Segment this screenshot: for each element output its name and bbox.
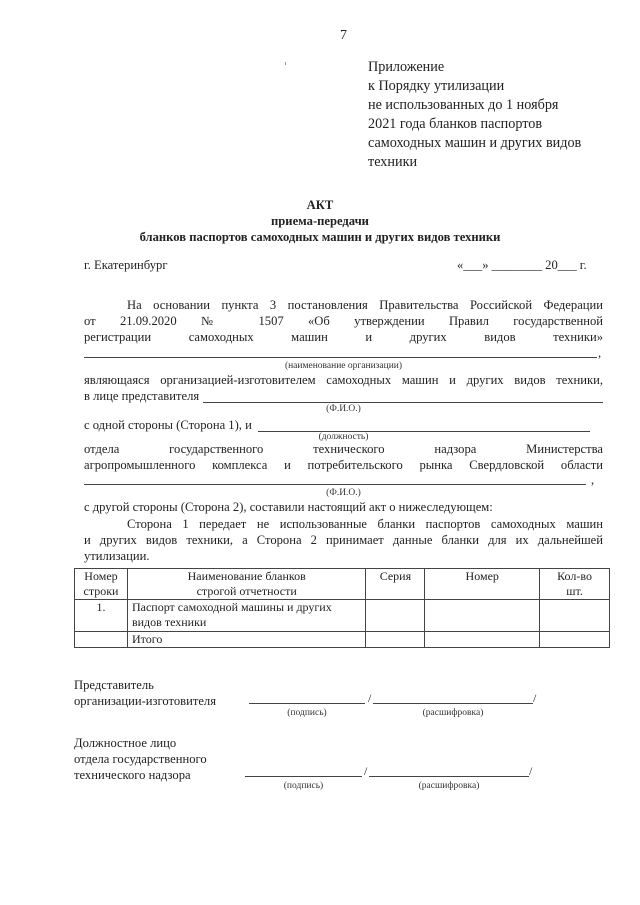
appendix-line: не использованных до 1 ноября [368, 96, 628, 115]
organization-name-field[interactable] [84, 357, 597, 358]
para2-line1: Сторона 1 передает не использованные бла… [127, 517, 603, 532]
cell-number[interactable] [425, 632, 540, 648]
signature-field-official[interactable] [245, 776, 362, 777]
hint-decode: (расшифровка) [369, 781, 529, 791]
hint-decode: (расшифровка) [373, 708, 533, 718]
separator: / [529, 764, 532, 779]
cell-text: видов техники [132, 615, 361, 630]
appendix-line: к Порядку утилизации [368, 77, 628, 96]
representative-label: в лице представителя [84, 389, 199, 404]
appendix-line: техники [368, 153, 628, 172]
cell-qty[interactable] [540, 632, 610, 648]
header-number: Номер [425, 569, 540, 600]
separator: / [533, 691, 536, 706]
header-text: Кол-во [544, 569, 605, 584]
header-text: шт. [544, 584, 605, 599]
header-text: строгой отчетности [132, 584, 361, 599]
header-series: Серия [366, 569, 425, 600]
label-line: Должностное лицо [74, 735, 207, 751]
comma: , [598, 346, 601, 361]
appendix-line: 2021 года бланков паспортов [368, 115, 628, 134]
cell-qty[interactable] [540, 600, 610, 632]
signature-label-manufacturer: Представитель организации-изготовителя [74, 677, 216, 709]
signature-label-official: Должностное лицо отдела государственного… [74, 735, 207, 783]
decode-field-manufacturer[interactable] [373, 703, 533, 704]
label-line: отдела государственного [74, 751, 207, 767]
appendix-line: самоходных машин и других видов [368, 134, 628, 153]
header-row-number: Номер строки [75, 569, 128, 600]
document-title: АКТ [0, 198, 640, 213]
manufacturer-line: являющаяся организацией-изготовителем са… [84, 373, 603, 388]
cell-number[interactable] [425, 600, 540, 632]
cell-row-number [75, 632, 128, 648]
cell-series[interactable] [366, 600, 425, 632]
cell-text: Итого [132, 632, 361, 647]
appendix-header: Приложение к Порядку утилизации не испол… [368, 58, 628, 172]
hint-signature: (подпись) [249, 708, 365, 718]
para1-line1: На основании пункта 3 постановления Прав… [127, 298, 603, 313]
cell-text: Паспорт самоходной машины и других [132, 600, 361, 615]
city: г. Екатеринбург [84, 258, 167, 273]
scan-artifact [285, 62, 286, 65]
table-total-row: Итого [75, 632, 610, 648]
header-qty: Кол-во шт. [540, 569, 610, 600]
cell-name: Паспорт самоходной машины и других видов… [127, 600, 365, 632]
side2-line: с другой стороны (Сторона 2), составили … [84, 500, 493, 515]
hint-fio-1: (Ф.И.О.) [84, 404, 603, 414]
side1-label: с одной стороны (Сторона 1), и [84, 418, 252, 433]
para2-line3: утилизации. [84, 549, 150, 564]
header-text: строки [79, 584, 123, 599]
label-line: технического надзора [74, 767, 207, 783]
comma-2: , [591, 473, 594, 488]
decode-field-official[interactable] [369, 776, 529, 777]
label-line: Представитель [74, 677, 216, 693]
cell-name: Итого [127, 632, 365, 648]
separator: / [364, 764, 367, 779]
blanks-table: Номер строки Наименование бланков строго… [74, 568, 610, 648]
para1-line2: от 21.09.2020 № 1507 «Об утверждении Пра… [84, 314, 603, 329]
document-subtitle-2: бланков паспортов самоходных машин и дру… [0, 230, 640, 245]
hint-signature: (подпись) [245, 781, 362, 791]
dept-line2: агропромышленного комплекса и потребител… [84, 458, 603, 473]
table-row: 1. Паспорт самоходной машины и других ви… [75, 600, 610, 632]
cell-row-number: 1. [75, 600, 128, 632]
official-fio-field[interactable] [84, 484, 586, 485]
header-name: Наименование бланков строгой отчетности [127, 569, 365, 600]
signature-field-manufacturer[interactable] [249, 703, 365, 704]
page-number: 7 [340, 28, 347, 44]
representative-fio-field[interactable] [203, 402, 603, 403]
document-subtitle: приема-передачи [0, 214, 640, 229]
table-header-row: Номер строки Наименование бланков строго… [75, 569, 610, 600]
para2-line2: и других видов техники, а Сторона 2 прин… [84, 533, 603, 548]
appendix-line: Приложение [368, 58, 628, 77]
separator: / [368, 691, 371, 706]
header-text: Номер [79, 569, 123, 584]
hint-position: (должность) [84, 432, 603, 442]
para1-line3: регистрации самоходных машин и других ви… [84, 330, 603, 345]
hint-organization: (наименование организации) [84, 361, 603, 371]
header-text: Наименование бланков [132, 569, 361, 584]
dept-line1: отдела государственного технического над… [84, 442, 603, 457]
cell-series[interactable] [366, 632, 425, 648]
date-field: «___» ________ 20___ г. [457, 258, 587, 273]
hint-fio-2: (Ф.И.О.) [84, 488, 603, 498]
label-line: организации-изготовителя [74, 693, 216, 709]
